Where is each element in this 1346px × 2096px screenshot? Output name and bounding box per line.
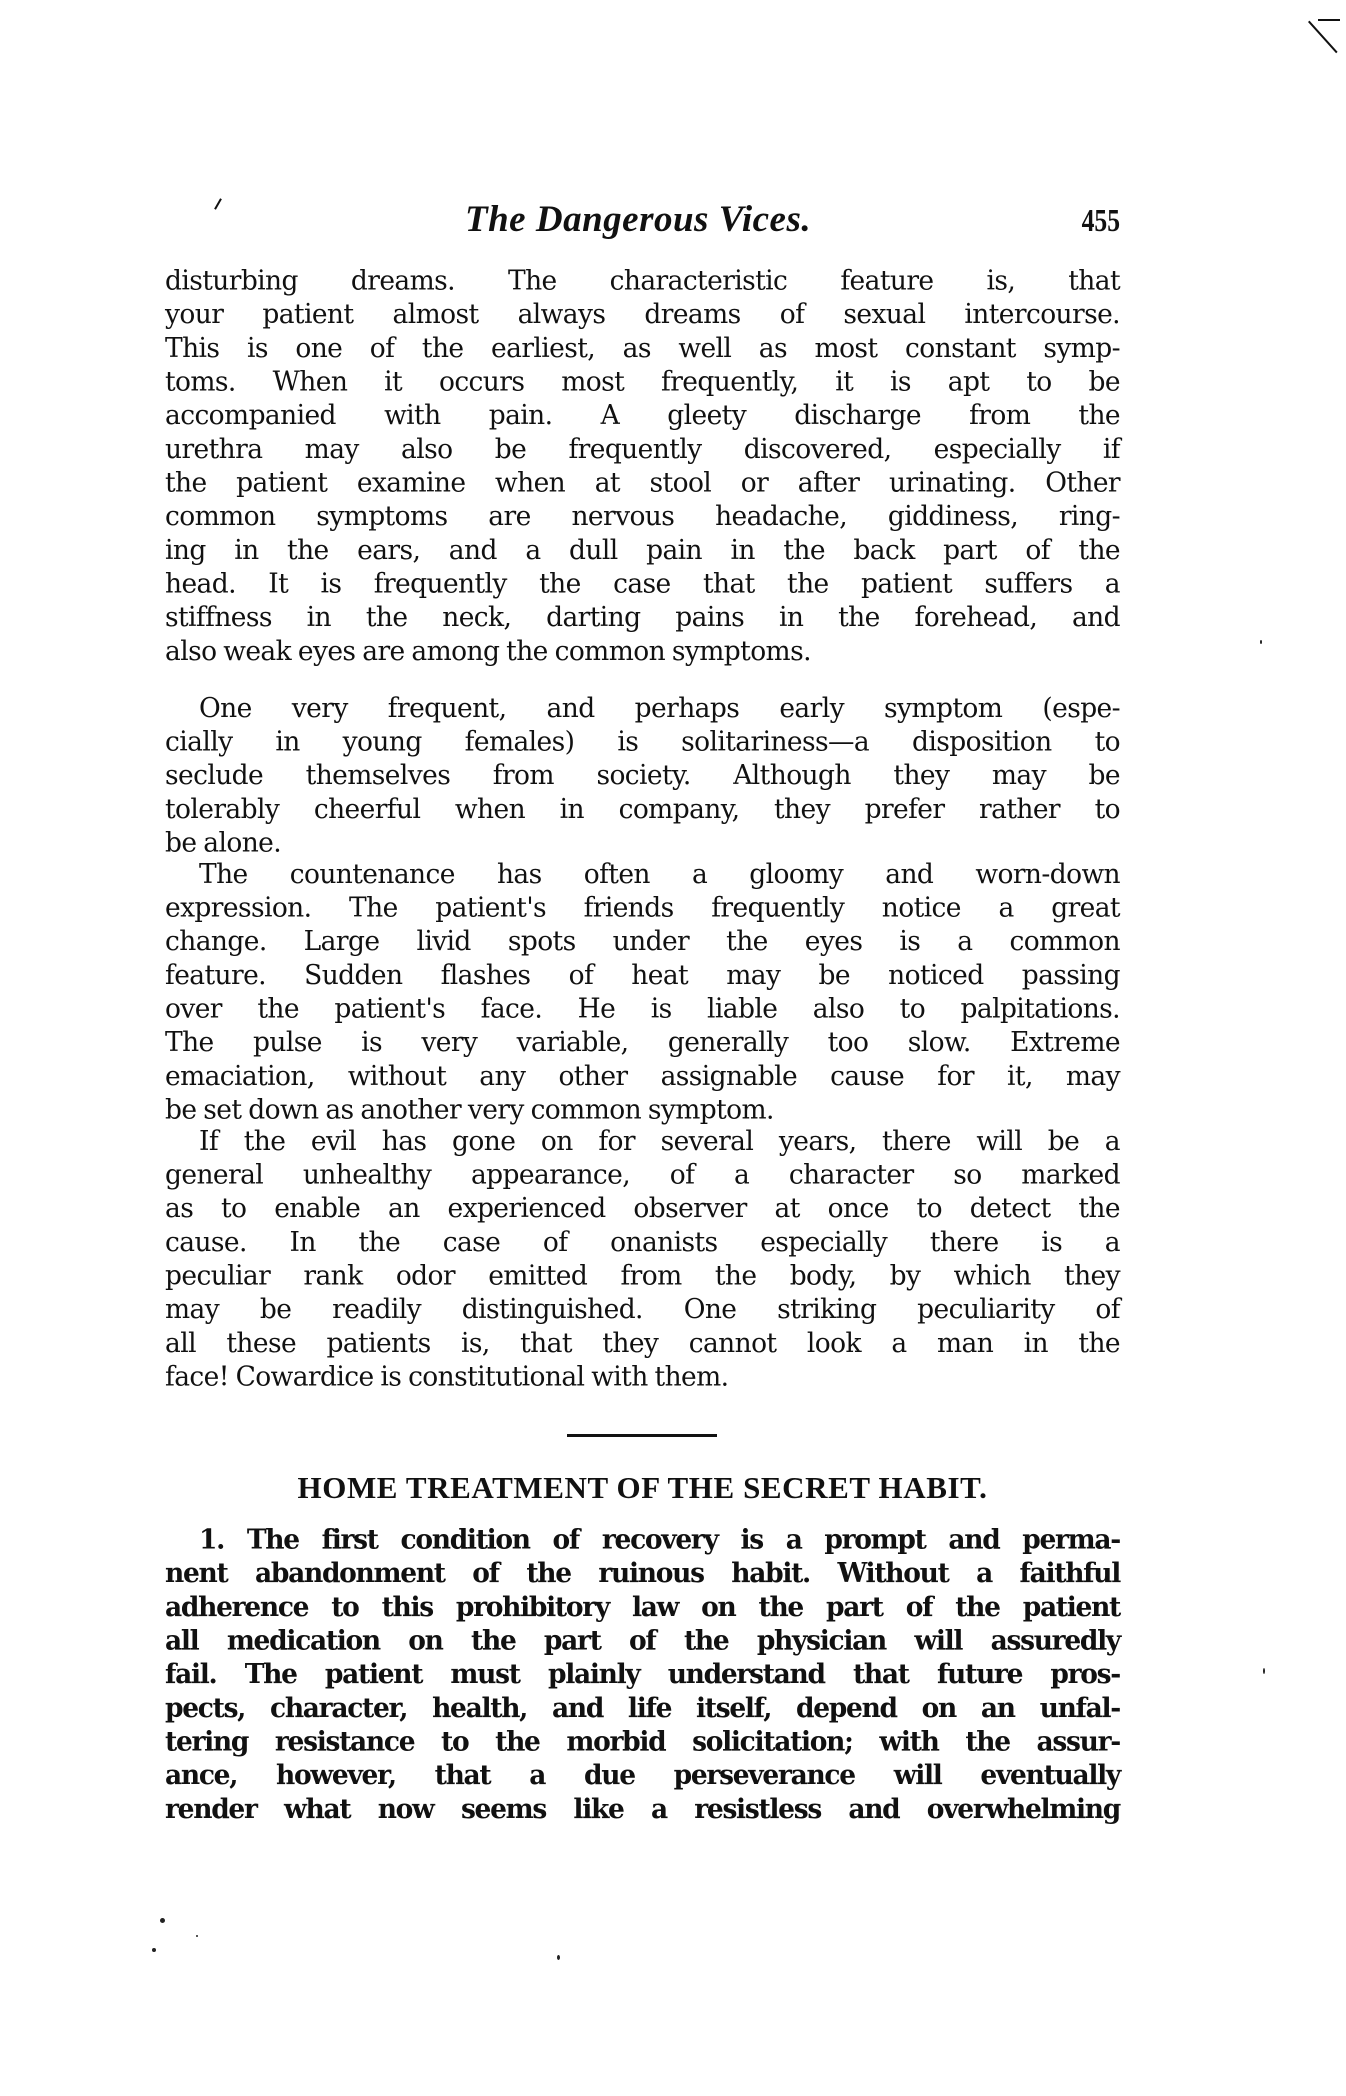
section-separator-rule xyxy=(567,1434,717,1437)
corner-scan-mark xyxy=(1308,21,1338,54)
text-line: disturbing dreams. The characteristic fe… xyxy=(165,264,1120,298)
text-line: emaciation, without any other assignable… xyxy=(165,1059,1120,1093)
text-line: adherence to this prohibitory law on the… xyxy=(165,1590,1120,1624)
paragraph-1: disturbing dreams. The characteristic fe… xyxy=(165,264,1120,668)
text-line: accompanied with pain. A gleety discharg… xyxy=(165,399,1120,433)
text-line: fail. The patient must plainly understan… xyxy=(165,1658,1120,1692)
text-line: also weak eyes are among the common symp… xyxy=(165,634,1120,668)
text-line: urethra may also be frequently discovere… xyxy=(165,432,1120,466)
text-line: be alone. xyxy=(165,826,1120,860)
text-line: stiffness in the neck, darting pains in … xyxy=(165,601,1120,635)
text-line: your patient almost always dreams of sex… xyxy=(165,298,1120,332)
text-line: pects, character, health, and life itsel… xyxy=(165,1691,1120,1725)
book-page: The Dangerous Vices. 455 disturbing drea… xyxy=(0,0,1346,2096)
text-line: as to enable an experienced observer at … xyxy=(165,1192,1120,1226)
scan-speck xyxy=(1263,1668,1265,1674)
text-line: may be readily distinguished. One striki… xyxy=(165,1293,1120,1327)
text-line: expression. The patient's friends freque… xyxy=(165,891,1120,925)
text-line: The countenance has often a gloomy and w… xyxy=(165,857,1120,891)
text-line: all medication on the part of the physic… xyxy=(165,1624,1120,1658)
text-line: cause. In the case of onanists especiall… xyxy=(165,1225,1120,1259)
text-line: feature. Sudden flashes of heat may be n… xyxy=(165,958,1120,992)
text-line: seclude themselves from society. Althoug… xyxy=(165,759,1120,793)
running-head: The Dangerous Vices. 455 xyxy=(165,196,1120,244)
section-heading: HOME TREATMENT OF THE SECRET HABIT. xyxy=(165,1466,1120,1510)
text-line: head. It is frequently the case that the… xyxy=(165,567,1120,601)
scan-speck xyxy=(196,1935,198,1937)
text-line: If the evil has gone on for several year… xyxy=(165,1124,1120,1158)
scan-speck xyxy=(152,1948,156,1952)
text-line: peculiar rank odor emitted from the body… xyxy=(165,1259,1120,1293)
paragraph-4: If the evil has gone on for several year… xyxy=(165,1124,1120,1393)
scan-speck xyxy=(1260,640,1262,644)
text-line: The pulse is very variable, generally to… xyxy=(165,1026,1120,1060)
numbered-paragraph-1: 1. The first condition of recovery is a … xyxy=(165,1523,1120,1826)
text-line: ing in the ears, and a dull pain in the … xyxy=(165,533,1120,567)
text-line: This is one of the earliest, as well as … xyxy=(165,331,1120,365)
running-title: The Dangerous Vices. xyxy=(465,196,811,244)
text-line: common symptoms are nervous headache, gi… xyxy=(165,500,1120,534)
text-line: nent abandonment of the ruinous habit. W… xyxy=(165,1557,1120,1591)
text-line: all these patients is, that they cannot … xyxy=(165,1326,1120,1360)
paragraph-2: One very frequent, and perhaps early sym… xyxy=(165,691,1120,859)
text-line: over the patient's face. He is liable al… xyxy=(165,992,1120,1026)
text-line: One very frequent, and perhaps early sym… xyxy=(165,691,1120,725)
text-line: tering resistance to the morbid solicita… xyxy=(165,1725,1120,1759)
text-line: change. Large livid spots under the eyes… xyxy=(165,925,1120,959)
text-line: be set down as another very common sympt… xyxy=(165,1093,1120,1127)
scan-speck xyxy=(557,1955,560,1960)
text-line: 1. The first condition of recovery is a … xyxy=(165,1523,1120,1557)
text-line: render what now seems like a resistless … xyxy=(165,1792,1120,1826)
scan-speck xyxy=(160,1918,165,1923)
text-line: tolerably cheerful when in company, they… xyxy=(165,792,1120,826)
text-line: the patient examine when at stool or aft… xyxy=(165,466,1120,500)
page-number: 455 xyxy=(1082,196,1120,244)
text-line: toms. When it occurs most frequently, it… xyxy=(165,365,1120,399)
paragraph-3: The countenance has often a gloomy and w… xyxy=(165,857,1120,1126)
text-line: cially in young females) is solitariness… xyxy=(165,725,1120,759)
corner-scan-mark-top xyxy=(1318,19,1340,21)
text-line: ance, however, that a due perseverance w… xyxy=(165,1759,1120,1793)
text-line: general unhealthy appearance, of a chara… xyxy=(165,1158,1120,1192)
text-line: face! Cowardice is constitutional with t… xyxy=(165,1360,1120,1394)
